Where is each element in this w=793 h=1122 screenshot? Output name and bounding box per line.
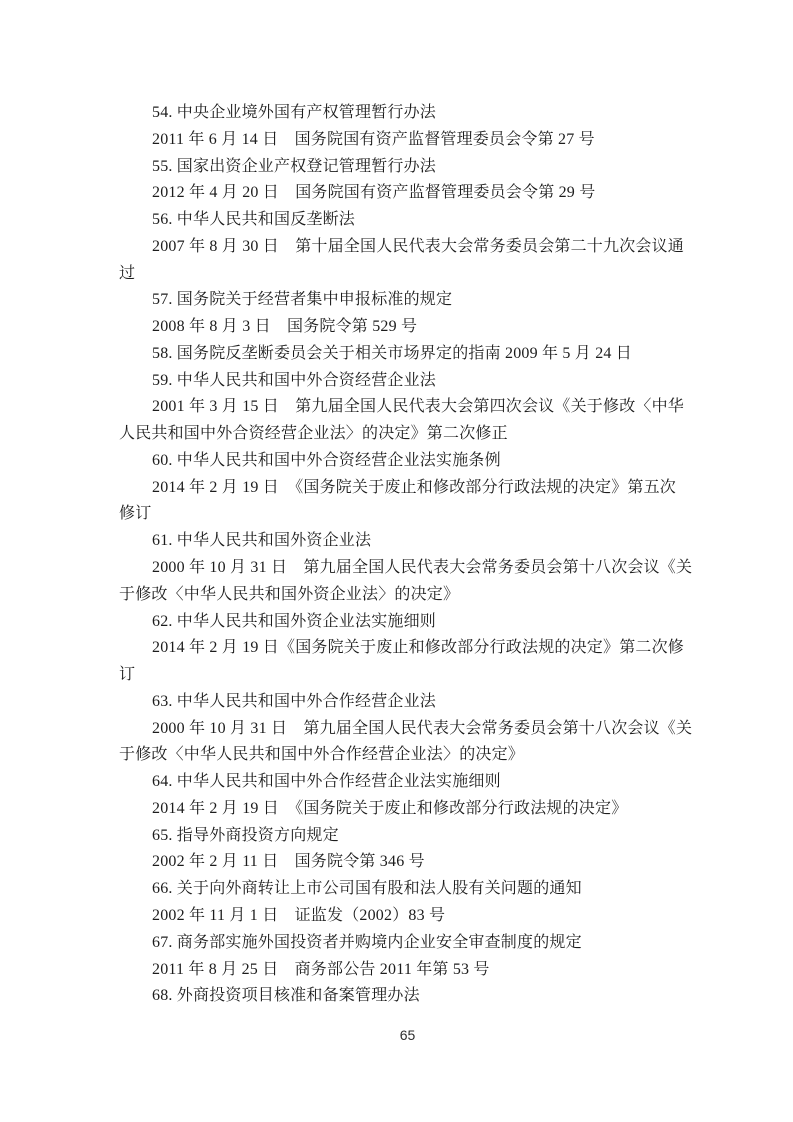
document-line: 于修改〈中华人民共和国外资企业法〉的决定》 (119, 582, 681, 609)
document-line: 59. 中华人民共和国中外合资经营企业法 (119, 368, 681, 395)
document-line: 67. 商务部实施外国投资者并购境内企业安全审查制度的规定 (119, 930, 681, 957)
document-line: 55. 国家出资企业产权登记管理暂行办法 (119, 154, 681, 181)
document-line: 订 (119, 662, 681, 689)
document-line: 68. 外商投资项目核准和备案管理办法 (119, 983, 681, 1010)
document-line: 于修改〈中华人民共和国中外合作经营企业法〉的决定》 (119, 742, 681, 769)
document-line: 修订 (119, 501, 681, 528)
document-line: 2000 年 10 月 31 日 第九届全国人民代表大会常务委员会第十八次会议《… (119, 716, 681, 743)
document-line: 2011 年 8 月 25 日 商务部公告 2011 年第 53 号 (119, 957, 681, 984)
document-line: 2002 年 11 月 1 日 证监发（2002）83 号 (119, 903, 681, 930)
document-line: 2008 年 8 月 3 日 国务院令第 529 号 (119, 314, 681, 341)
page: 54. 中央企业境外国有产权管理暂行办法2011 年 6 月 14 日 国务院国… (0, 0, 793, 1122)
document-line: 65. 指导外商投资方向规定 (119, 823, 681, 850)
document-line: 2001 年 3 月 15 日 第九届全国人民代表大会第四次会议《关于修改〈中华 (119, 394, 681, 421)
document-line: 61. 中华人民共和国外资企业法 (119, 528, 681, 555)
document-line: 2014 年 2 月 19 日 《国务院关于废止和修改部分行政法规的决定》第五次 (119, 475, 681, 502)
document-line: 2014 年 2 月 19 日《国务院关于废止和修改部分行政法规的决定》第二次修 (119, 635, 681, 662)
page-number: 65 (0, 1027, 793, 1044)
document-line: 2012 年 4 月 20 日 国务院国有资产监督管理委员会令第 29 号 (119, 180, 681, 207)
document-line: 60. 中华人民共和国中外合资经营企业法实施条例 (119, 448, 681, 475)
document-body: 54. 中央企业境外国有产权管理暂行办法2011 年 6 月 14 日 国务院国… (119, 100, 681, 1010)
document-line: 63. 中华人民共和国中外合作经营企业法 (119, 689, 681, 716)
document-line: 2000 年 10 月 31 日 第九届全国人民代表大会常务委员会第十八次会议《… (119, 555, 681, 582)
document-line: 2014 年 2 月 19 日 《国务院关于废止和修改部分行政法规的决定》 (119, 796, 681, 823)
document-line: 64. 中华人民共和国中外合作经营企业法实施细则 (119, 769, 681, 796)
document-line: 2002 年 2 月 11 日 国务院令第 346 号 (119, 849, 681, 876)
document-line: 54. 中央企业境外国有产权管理暂行办法 (119, 100, 681, 127)
document-line: 57. 国务院关于经营者集中申报标准的规定 (119, 287, 681, 314)
document-line: 58. 国务院反垄断委员会关于相关市场界定的指南 2009 年 5 月 24 日 (119, 341, 681, 368)
document-line: 过 (119, 261, 681, 288)
document-line: 2007 年 8 月 30 日 第十届全国人民代表大会常务委员会第二十九次会议通 (119, 234, 681, 261)
document-line: 56. 中华人民共和国反垄断法 (119, 207, 681, 234)
document-line: 62. 中华人民共和国外资企业法实施细则 (119, 609, 681, 636)
document-line: 66. 关于向外商转让上市公司国有股和法人股有关问题的通知 (119, 876, 681, 903)
document-line: 人民共和国中外合资经营企业法〉的决定》第二次修正 (119, 421, 681, 448)
document-line: 2011 年 6 月 14 日 国务院国有资产监督管理委员会令第 27 号 (119, 127, 681, 154)
